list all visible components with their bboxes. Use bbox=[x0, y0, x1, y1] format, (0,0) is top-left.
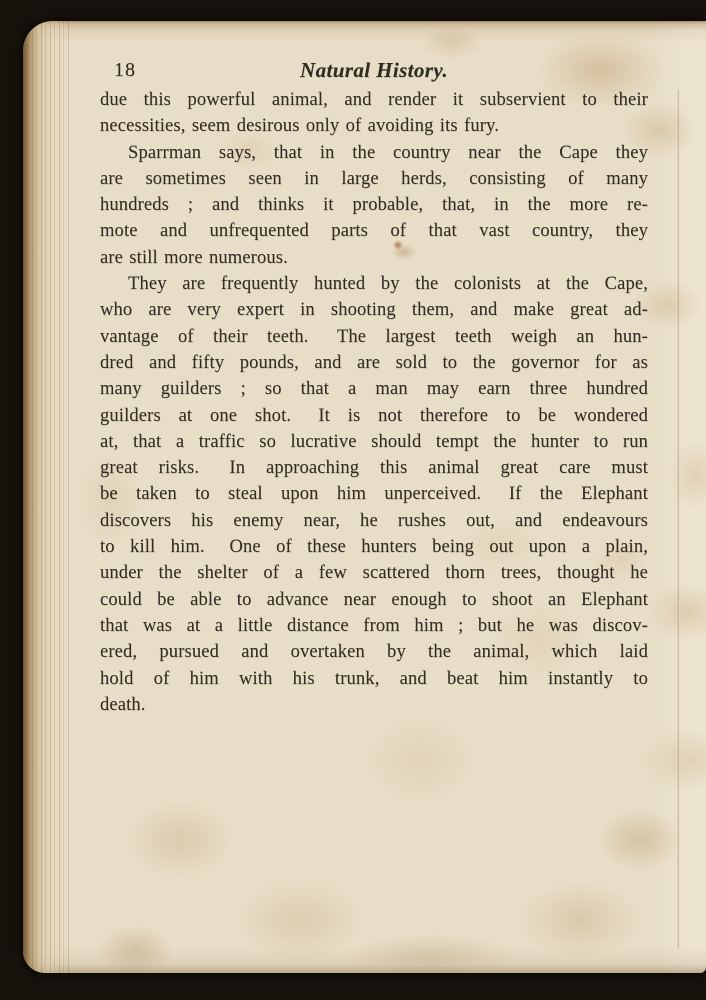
text-line: hundreds ; and thinks it probable, that,… bbox=[100, 192, 648, 218]
text-line: be taken to steal upon him unperceived. … bbox=[100, 481, 648, 507]
text-line: ered, pursued and overtaken by the anima… bbox=[100, 639, 648, 665]
text-line: at, that a traffic so lucrative should t… bbox=[100, 429, 648, 455]
text-line: discovers his enemy near, he rushes out,… bbox=[100, 508, 648, 534]
text-line: hold of him with his trunk, and beat him… bbox=[100, 666, 648, 692]
text-line: vantage of their teeth. The largest teet… bbox=[100, 324, 648, 350]
page-header: 18 Natural History. bbox=[100, 58, 648, 84]
paragraph: due this powerful animal, and render it … bbox=[100, 87, 648, 140]
text-line: great risks. In approaching this animal … bbox=[100, 455, 648, 481]
paragraph: Sparrman says, that in the country near … bbox=[100, 140, 648, 271]
text-line: are sometimes seen in large herds, consi… bbox=[100, 166, 648, 192]
scanned-book-page: 18 Natural History. due this powerful an… bbox=[0, 0, 706, 1000]
text-line: necessities, seem desirous only of avoid… bbox=[100, 113, 648, 139]
text-line: to kill him. One of these hunters being … bbox=[100, 534, 648, 560]
text-line: dred and fifty pounds, and are sold to t… bbox=[100, 350, 648, 376]
text-line: They are frequently hunted by the coloni… bbox=[100, 271, 648, 297]
text-line: Sparrman says, that in the country near … bbox=[100, 140, 648, 166]
text-line: are still more numerous. bbox=[100, 245, 648, 271]
text-body: due this powerful animal, and render it … bbox=[100, 87, 648, 718]
text-line: many guilders ; so that a man may earn t… bbox=[100, 376, 648, 402]
text-line: who are very expert in shooting them, an… bbox=[100, 297, 648, 323]
running-title: Natural History. bbox=[100, 58, 648, 83]
text-line: under the shelter of a few scattered tho… bbox=[100, 560, 648, 586]
book-page: 18 Natural History. due this powerful an… bbox=[23, 21, 706, 973]
paragraph: They are frequently hunted by the coloni… bbox=[100, 271, 648, 718]
text-line: could be able to advance near enough to … bbox=[100, 587, 648, 613]
text-line: mote and unfrequented parts of that vast… bbox=[100, 218, 648, 244]
page-crease bbox=[677, 89, 680, 949]
text-line: that was at a little distance from him ;… bbox=[100, 613, 648, 639]
text-line: guilders at one shot. It is not therefor… bbox=[100, 403, 648, 429]
text-line: due this powerful animal, and render it … bbox=[100, 87, 648, 113]
text-line: death. bbox=[100, 692, 648, 718]
